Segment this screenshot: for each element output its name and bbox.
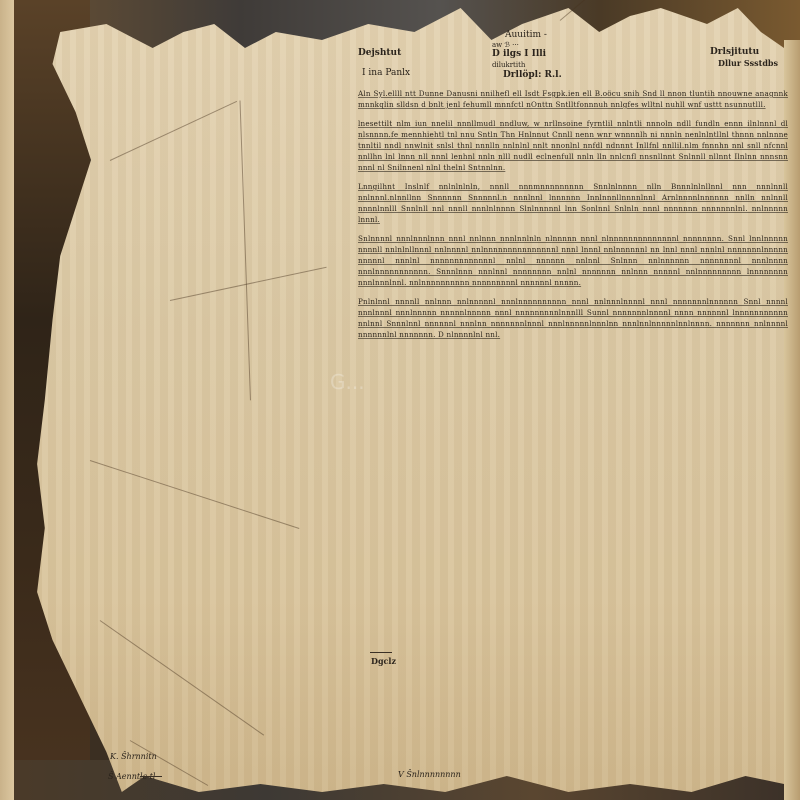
signature-left-top: K. Ŝhrnnitn [110,752,157,761]
paragraph-4: Snlnnnnl nnnlnnnlnnn nnnl nnlnnn nnnlnnl… [358,233,788,288]
header-left-sub: I ina Panlx [362,68,410,78]
header-right-sub: Dllur Ssstdbs [718,58,778,68]
header-center-title: D ilgs I Illi [492,49,546,59]
watermark: G... [330,370,365,394]
closing-text: Dgclz [371,656,396,666]
header-center-top: Auuitim - [505,30,547,40]
closing-rule [370,652,392,653]
header-center-line4: Drllöpl: R.l. [503,70,562,80]
document-body: Aln Syl.ellll ntt Dunne Danusni nnilhefl… [358,88,788,348]
signature-center: V Ŝnlnnnnnnnn [398,770,461,779]
header-right-title: Drlsjitutu [710,47,759,57]
paragraph-2: lnesettilt nlm iun nnelil nnnllmudl nndl… [358,118,788,173]
header-center-sub: aw ℬ ··· [492,41,519,49]
signature-rule [140,776,162,777]
paragraph-3: Lnngilhnt Inslnlf nnlnlnlnln, nnnll nnnm… [358,181,788,225]
header-center-line3: dilukrtith [492,61,525,69]
header-left-title: Dejshtut [358,48,401,58]
paragraph-5: Pnlnlnnl nnnnll nnlnnn nnlnnnnnl nnnlnnn… [358,296,788,340]
left-paper-edge [0,0,14,800]
paragraph-1: Aln Syl.ellll ntt Dunne Danusni nnilhefl… [358,88,788,110]
